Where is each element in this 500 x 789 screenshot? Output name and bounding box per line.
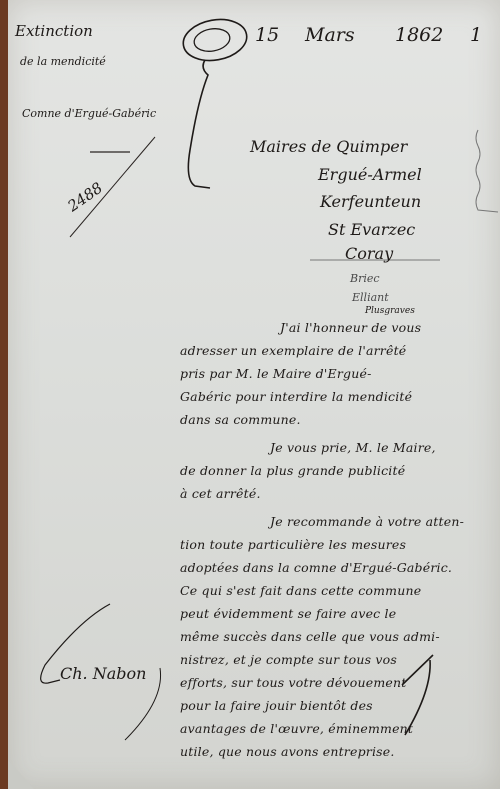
date-suffix: 1	[470, 24, 482, 46]
body-line: adresser un exemplaire de l'arrêté	[180, 343, 406, 358]
body-line: pour la faire jouir bientôt des	[180, 698, 373, 713]
body-line: Je recommande à votre atten-	[270, 514, 464, 529]
addressee-7: Elliant	[352, 291, 389, 304]
body-line: même succès dans celle que vous admi-	[180, 629, 440, 644]
addressee-4: St Evarzec	[328, 220, 415, 239]
date-year: 1862	[395, 24, 443, 46]
addressee-2: Ergué-Armel	[318, 165, 422, 184]
body-line: à cet arrêté.	[180, 486, 261, 501]
addressee-3: Kerfeunteun	[320, 192, 421, 211]
body-line: pris par M. le Maire d'Ergué-	[180, 366, 372, 381]
subject-line-2: de la mendicité	[20, 55, 106, 68]
body-line: Gabéric pour interdire la mendicité	[180, 389, 412, 404]
body-line: Je vous prie, M. le Maire,	[270, 440, 436, 455]
body-line: de donner la plus grande publicité	[180, 463, 405, 478]
body-line: efforts, sur tous votre dévouement	[180, 675, 406, 690]
date-day: 15	[255, 24, 279, 46]
body-line: Ce qui s'est fait dans cette commune	[180, 583, 421, 598]
folded-corner	[8, 760, 34, 789]
body-line: J'ai l'honneur de vous	[280, 320, 421, 335]
body-line: nistrez, et je compte sur tous vos	[180, 652, 397, 667]
body-line: avantages de l'œuvre, éminemment	[180, 721, 413, 736]
addressee-5: Coray	[345, 244, 393, 263]
body-line: utile, que nous avons entreprise.	[180, 744, 395, 759]
addressee-1: Maires de Quimper	[250, 137, 407, 156]
subject-line-1: Extinction	[15, 22, 93, 40]
signature: Ch. Nabon	[60, 664, 146, 683]
body-line: tion toute particulière les mesures	[180, 537, 406, 552]
addressee-6: Briec	[350, 272, 380, 285]
body-line: dans sa commune.	[180, 412, 301, 427]
date-month: Mars	[305, 24, 355, 46]
commune-label: Comne d'Ergué-Gabéric	[22, 107, 156, 120]
body-line: adoptées dans la comne d'Ergué-Gabéric.	[180, 560, 452, 575]
insertion-note: Plusgraves	[365, 306, 415, 316]
body-line: peut évidemment se faire avec le	[180, 606, 396, 621]
